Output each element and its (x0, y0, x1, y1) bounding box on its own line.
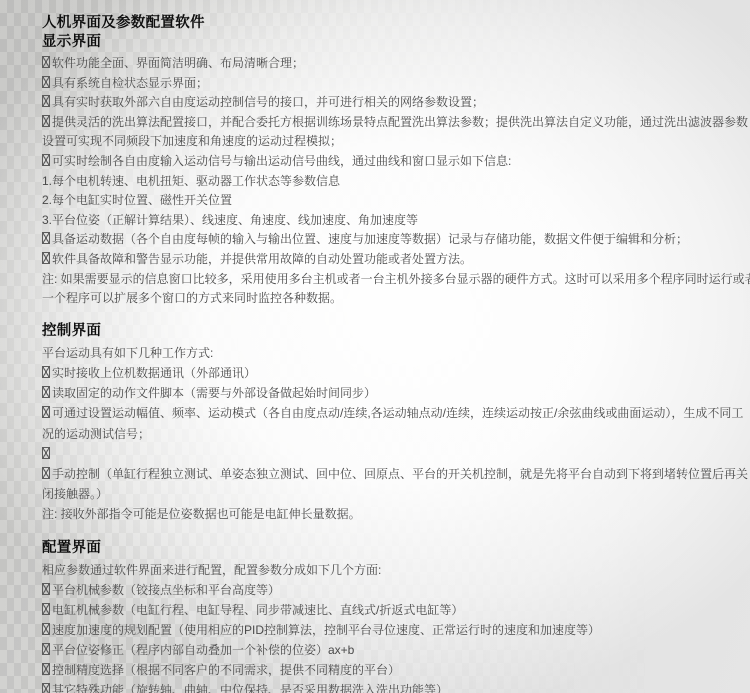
document-title: 人机界面及参数配置软件 (42, 14, 722, 33)
text-line: 电缸机械参数（电缸行程、电缸导程、同步带减速比、直线式/折返式电缸等） (42, 600, 722, 620)
line-text: 软件功能全面、界面简洁明确、布局清晰合理； (52, 56, 304, 70)
line-text: 具有实时获取外部六自由度运动控制信号的接口，并可进行相关的网络参数设置； (52, 95, 484, 109)
checkbox-x-icon (42, 583, 50, 595)
checkbox-x-icon (42, 252, 50, 264)
text-line: 提供灵活的洗出算法配置接口，并配合委托方根据训练场景特点配置洗出算法参数；提供洗… (42, 113, 722, 133)
text-line: 平台位姿修正（程序内部自动叠加一个补偿的位姿）ax+b (42, 640, 722, 660)
line-text: 平台运动具有如下几种工作方式: (42, 346, 213, 360)
line-text: 闭接触器。） (42, 487, 108, 501)
checkbox-x-icon (42, 154, 50, 166)
text-line: 其它特殊功能（旋转轴、曲轴、中位保持、是否采用数据洗入洗出功能等） (42, 680, 722, 693)
checkbox-x-icon (42, 683, 50, 693)
line-text: 电缸机械参数（电缸行程、电缸导程、同步带减速比、直线式/折返式电缸等） (52, 603, 463, 617)
line-text: 相应参数通过软件界面来进行配置，配置参数分成如下几个方面: (42, 563, 381, 577)
text-line: 可通过设置运动幅值、频率、运动模式（各自由度点动/连续,各运动轴点动/连续，连续… (42, 403, 722, 423)
section-lines: 平台运动具有如下几种工作方式:实时接收上位机数据通讯（外部通讯）读取固定的动作文… (42, 343, 722, 525)
line-text: 注: 接收外部指令可能是位姿数据也可能是电缸伸长量数据。 (42, 507, 361, 521)
line-text: 控制精度选择（根据不同客户的不同需求，提供不同精度的平台） (52, 663, 400, 677)
text-line (42, 444, 722, 464)
line-text: 读取固定的动作文件脚本（需要与外部设备做起始时间同步） (52, 386, 376, 400)
checkbox-x-icon (42, 366, 50, 378)
section-heading: 配置界面 (42, 539, 722, 558)
text-line: 软件具备故障和警告显示功能，并提供常用故障的自动处置功能或者处置方法。 (42, 250, 722, 270)
line-text: 设置可实现不同频段下加速度和角速度的运动过程模拟； (42, 134, 342, 148)
checkbox-x-icon (42, 447, 50, 459)
text-line: 具有实时获取外部六自由度运动控制信号的接口，并可进行相关的网络参数设置； (42, 93, 722, 113)
text-line: 1.每个电机转速、电机扭矩、驱动器工作状态等参数信息 (42, 172, 722, 192)
line-text: 况的运动测试信号； (42, 427, 150, 441)
text-line: 软件功能全面、界面简洁明确、布局清晰合理； (42, 54, 722, 74)
text-line: 况的运动测试信号； (42, 424, 722, 444)
line-text: 平台机械参数（铰接点坐标和平台高度等） (52, 583, 280, 597)
text-line: 读取固定的动作文件脚本（需要与外部设备做起始时间同步） (42, 383, 722, 403)
text-line: 实时接收上位机数据通讯（外部通讯） (42, 363, 722, 383)
text-line: 注: 接收外部指令可能是位姿数据也可能是电缸伸长量数据。 (42, 504, 722, 524)
text-line: 3.平台位姿（正解计算结果）、线速度、角速度、线加速度、角加速度等 (42, 211, 722, 231)
line-text: 平台位姿修正（程序内部自动叠加一个补偿的位姿）ax+b (52, 643, 354, 657)
text-line: 速度加速度的规划配置（使用相应的PID控制算法，控制平台寻位速度、正常运行时的速… (42, 620, 722, 640)
section-lines: 软件功能全面、界面简洁明确、布局清晰合理；具有系统自检状态显示界面；具有实时获取… (42, 54, 722, 309)
checkbox-x-icon (42, 386, 50, 398)
line-text: 3.平台位姿（正解计算结果）、线速度、角速度、线加速度、角加速度等 (42, 213, 418, 227)
section-control-interface: 控制界面 平台运动具有如下几种工作方式:实时接收上位机数据通讯（外部通讯）读取固… (42, 322, 722, 525)
section-heading: 控制界面 (42, 322, 722, 341)
text-line: 一个程序可以扩展多个窗口的方式来同时监控各种数据。 (42, 289, 722, 309)
document-page: 人机界面及参数配置软件 显示界面 软件功能全面、界面简洁明确、布局清晰合理；具有… (0, 0, 750, 693)
text-line: 平台运动具有如下几种工作方式: (42, 343, 722, 363)
line-text: 其它特殊功能（旋转轴、曲轴、中位保持、是否采用数据洗入洗出功能等） (52, 683, 448, 693)
section-display-interface: 显示界面 软件功能全面、界面简洁明确、布局清晰合理；具有系统自检状态显示界面；具… (42, 33, 722, 309)
text-line: 2.每个电缸实时位置、磁性开关位置 (42, 191, 722, 211)
text-line: 相应参数通过软件界面来进行配置，配置参数分成如下几个方面: (42, 560, 722, 580)
section-config-interface: 配置界面 相应参数通过软件界面来进行配置，配置参数分成如下几个方面:平台机械参数… (42, 539, 722, 693)
checkbox-x-icon (42, 232, 50, 244)
section-lines: 相应参数通过软件界面来进行配置，配置参数分成如下几个方面:平台机械参数（铰接点坐… (42, 560, 722, 693)
checkbox-x-icon (42, 76, 50, 88)
line-text: 软件具备故障和警告显示功能，并提供常用故障的自动处置功能或者处置方法。 (52, 252, 472, 266)
checkbox-x-icon (42, 467, 50, 479)
text-line: 具备运动数据（各个自由度每帧的输入与输出位置、速度与加速度等数据）记录与存储功能… (42, 230, 722, 250)
text-line: 手动控制（单缸行程独立测试、单姿态独立测试、回中位、回原点、平台的开关机控制，就… (42, 464, 722, 484)
section-heading: 显示界面 (42, 33, 722, 52)
line-text: 实时接收上位机数据通讯（外部通讯） (52, 366, 256, 380)
line-text: 一个程序可以扩展多个窗口的方式来同时监控各种数据。 (42, 291, 342, 305)
checkbox-x-icon (42, 115, 50, 127)
checkbox-x-icon (42, 95, 50, 107)
line-text: 具备运动数据（各个自由度每帧的输入与输出位置、速度与加速度等数据）记录与存储功能… (52, 232, 688, 246)
line-text: 速度加速度的规划配置（使用相应的PID控制算法，控制平台寻位速度、正常运行时的速… (52, 623, 600, 637)
text-line: 注: 如果需要显示的信息窗口比较多，采用使用多台主机或者一台主机外接多台显示器的… (42, 270, 722, 290)
text-line: 可实时绘制各自由度输入运动信号与输出运动信号曲线，通过曲线和窗口显示如下信息: (42, 152, 722, 172)
text-line: 设置可实现不同频段下加速度和角速度的运动过程模拟； (42, 132, 722, 152)
line-text: 注: 如果需要显示的信息窗口比较多，采用使用多台主机或者一台主机外接多台显示器的… (42, 272, 750, 286)
line-text: 提供灵活的洗出算法配置接口，并配合委托方根据训练场景特点配置洗出算法参数；提供洗… (52, 115, 748, 129)
line-text: 2.每个电缸实时位置、磁性开关位置 (42, 193, 232, 207)
checkbox-x-icon (42, 643, 50, 655)
line-text: 可通过设置运动幅值、频率、运动模式（各自由度点动/连续,各运动轴点动/连续，连续… (52, 406, 743, 420)
checkbox-x-icon (42, 663, 50, 675)
text-line: 平台机械参数（铰接点坐标和平台高度等） (42, 580, 722, 600)
checkbox-x-icon (42, 406, 50, 418)
checkbox-x-icon (42, 56, 50, 68)
checkbox-x-icon (42, 603, 50, 615)
line-text: 手动控制（单缸行程独立测试、单姿态独立测试、回中位、回原点、平台的开关机控制，就… (52, 467, 748, 481)
text-line: 控制精度选择（根据不同客户的不同需求，提供不同精度的平台） (42, 660, 722, 680)
document-content: 人机界面及参数配置软件 显示界面 软件功能全面、界面简洁明确、布局清晰合理；具有… (0, 0, 750, 693)
text-line: 闭接触器。） (42, 484, 722, 504)
line-text: 1.每个电机转速、电机扭矩、驱动器工作状态等参数信息 (42, 174, 340, 188)
checkbox-x-icon (42, 623, 50, 635)
text-line: 具有系统自检状态显示界面； (42, 74, 722, 94)
line-text: 可实时绘制各自由度输入运动信号与输出运动信号曲线，通过曲线和窗口显示如下信息: (52, 154, 511, 168)
line-text: 具有系统自检状态显示界面； (52, 76, 208, 90)
